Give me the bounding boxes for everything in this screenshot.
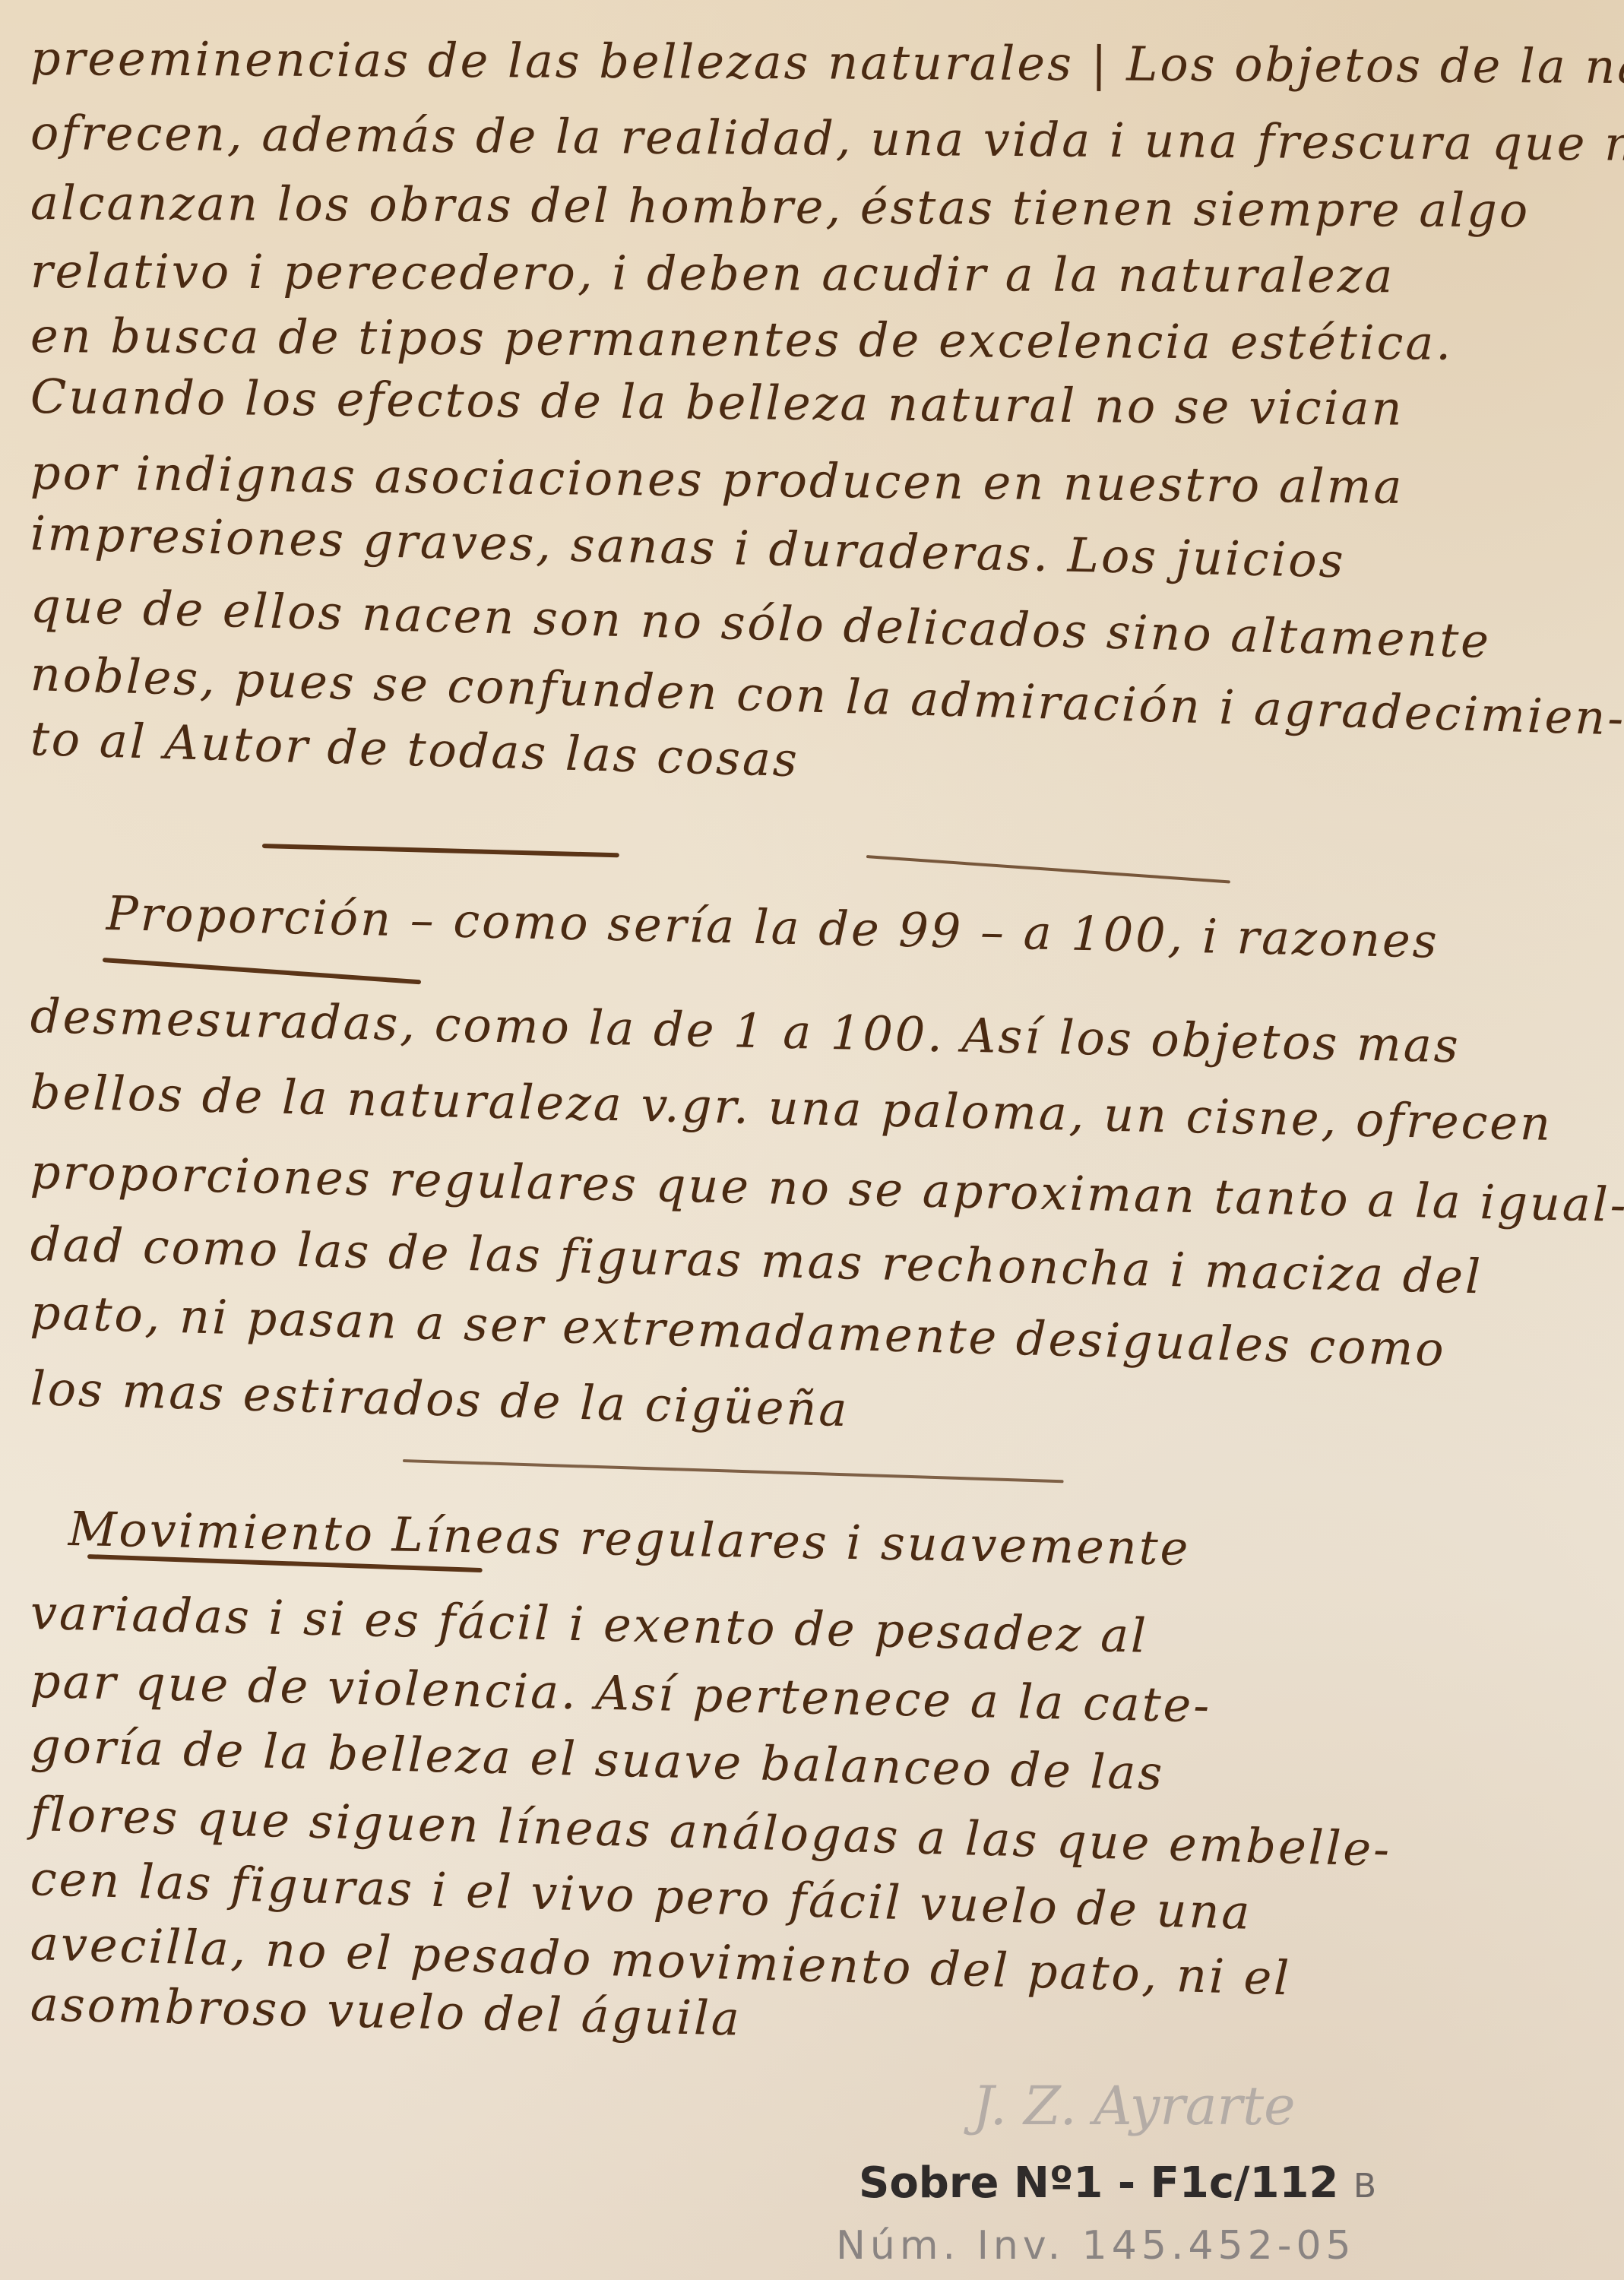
manuscript-page: preeminencias de las bellezas naturales …: [0, 0, 1624, 2280]
manuscript-line: por indignas asociaciones producen en nu…: [30, 445, 1404, 515]
manuscript-line: bellos de la naturaleza v.gr. una paloma…: [30, 1064, 1553, 1151]
shelfmark-suffix: B: [1353, 2167, 1376, 2206]
section-divider: [262, 844, 619, 857]
manuscript-line: to al Autor de todas las cosas: [30, 711, 800, 787]
manuscript-line: desmesuradas, como la de 1 a 100. Así lo…: [30, 988, 1461, 1073]
manuscript-line: relativo i perecedero, i deben acudir a …: [30, 243, 1395, 303]
manuscript-line: ofrecen, además de la realidad, una vida…: [30, 105, 1624, 172]
section-divider: [403, 1459, 1064, 1483]
manuscript-line: los mas estirados de la cigüeña: [30, 1360, 850, 1437]
shelfmark-label: Sobre Nº1 - F1c/112 B: [859, 2158, 1376, 2208]
section-divider: [866, 855, 1230, 883]
manuscript-line: goría de la belleza el suave balanceo de…: [30, 1718, 1165, 1800]
section-line-movimiento: Movimiento Líneas regulares i suavemente: [68, 1501, 1191, 1576]
manuscript-line: impresiones graves, sanas i duraderas. L…: [30, 505, 1346, 588]
manuscript-line: en busca de tipos permanentes de excelen…: [30, 308, 1453, 371]
faded-signature: J. Z. Ayrarte: [973, 2075, 1296, 2137]
manuscript-line: alcanzan los obras del hombre, éstas tie…: [30, 175, 1531, 238]
heading-underline: [103, 958, 421, 984]
manuscript-line: variadas i si es fácil i exento de pesad…: [30, 1585, 1148, 1664]
inventory-number: Núm. Inv. 145.452-05: [836, 2223, 1356, 2269]
shelfmark: Sobre Nº1 - F1c/112: [859, 2158, 1338, 2208]
manuscript-line: Cuando los efectos de la belleza natural…: [30, 369, 1404, 436]
manuscript-line: preeminencias de las bellezas naturales …: [30, 30, 1624, 96]
manuscript-line: proporciones regulares que no se aproxim…: [30, 1144, 1624, 1233]
section-line-proporcion: Proporción – como sería la de 99 – a 100…: [106, 885, 1439, 969]
